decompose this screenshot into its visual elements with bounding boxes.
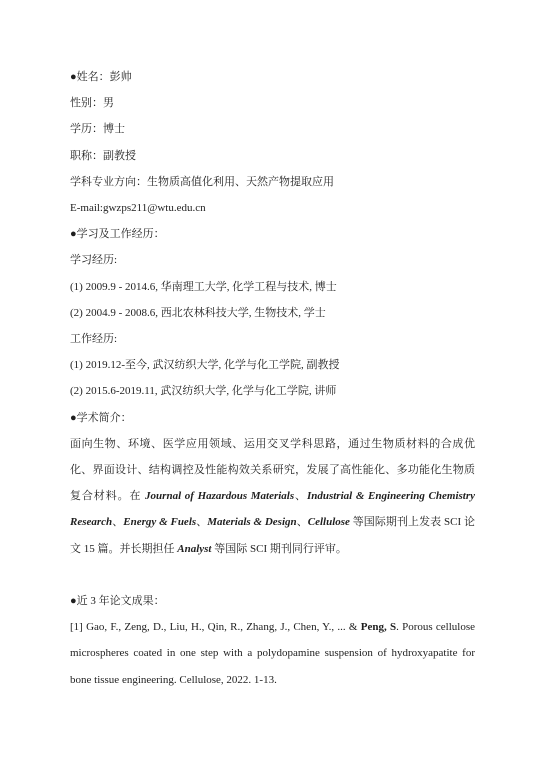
text-run: 职称：副教授 bbox=[70, 150, 136, 162]
study-subheading: 学习经历: bbox=[70, 247, 475, 273]
document-content: ●姓名：彭帅性别：男学历：博士职称：副教授学科专业方向：生物质高值化利用、天然产… bbox=[70, 64, 475, 693]
text-run: [1] Gao, F., Zeng, D., Liu, H., Qin, R.,… bbox=[70, 621, 361, 633]
journal-name-analyst: Analyst bbox=[177, 543, 211, 555]
text-run: 工作经历: bbox=[70, 333, 117, 345]
text-run: 、 bbox=[297, 516, 308, 528]
journal-name-cellulose: Cellulose bbox=[308, 516, 350, 528]
text-run: ●学习及工作经历： bbox=[70, 228, 165, 240]
text-run: 性别：男 bbox=[70, 97, 114, 109]
text-run: 学习经历: bbox=[70, 254, 117, 266]
email-line: E-mail:gwzps211@wtu.edu.cn bbox=[70, 195, 475, 221]
journal-name-materials-design: Materials & Design bbox=[207, 516, 296, 528]
study-item-2: (2) 2004.9 - 2008.6, 西北农林科技大学, 生物技术, 学士 bbox=[70, 300, 475, 326]
text-run: ●学术简介： bbox=[70, 412, 132, 424]
text-run: ●近 3 年论文成果： bbox=[70, 595, 165, 607]
study-item-1: (1) 2009.9 - 2014.6, 华南理工大学, 化学工程与技术, 博士 bbox=[70, 274, 475, 300]
work-item-1: (1) 2019.12-至今, 武汉纺织大学, 化学与化工学院, 副教授 bbox=[70, 352, 475, 378]
section-recent-papers-heading: ●近 3 年论文成果： bbox=[70, 588, 475, 614]
text-run: 学历：博士 bbox=[70, 123, 125, 135]
section-study-work-heading: ●学习及工作经历： bbox=[70, 221, 475, 247]
journal-name-energy-fuels: Energy & Fuels bbox=[123, 516, 196, 528]
text-run: ●姓名：彭帅 bbox=[70, 71, 132, 83]
text-run: 、 bbox=[112, 516, 123, 528]
text-run: 学科专业方向：生物质高值化利用、天然产物提取应用 bbox=[70, 176, 334, 188]
degree-line: 学历：博士 bbox=[70, 116, 475, 142]
research-direction-line: 学科专业方向：生物质高值化利用、天然产物提取应用 bbox=[70, 169, 475, 195]
text-run: 、 bbox=[196, 516, 207, 528]
text-run: (1) 2019.12-至今, 武汉纺织大学, 化学与化工学院, 副教授 bbox=[70, 359, 340, 371]
text-run: 等国际 SCI 期刊同行评审。 bbox=[211, 543, 346, 555]
text-run: (2) 2004.9 - 2008.6, 西北农林科技大学, 生物技术, 学士 bbox=[70, 307, 326, 319]
gender-line: 性别：男 bbox=[70, 90, 475, 116]
job-title-line: 职称：副教授 bbox=[70, 143, 475, 169]
author-peng-s: Peng, S bbox=[361, 621, 396, 633]
journal-name-journal-of-hazardous-materials: Journal of Hazardous Materials bbox=[145, 490, 294, 502]
academic-intro-paragraph: 面向生物、环境、医学应用领域、运用交叉学科思路，通过生物质材料的合成优化、界面设… bbox=[70, 431, 475, 562]
blank-spacer bbox=[70, 562, 475, 588]
text-run: (1) 2009.9 - 2014.6, 华南理工大学, 化学工程与技术, 博士 bbox=[70, 281, 337, 293]
work-subheading: 工作经历: bbox=[70, 326, 475, 352]
name-line: ●姓名：彭帅 bbox=[70, 64, 475, 90]
paper-reference-1: [1] Gao, F., Zeng, D., Liu, H., Qin, R.,… bbox=[70, 614, 475, 693]
text-run: 、 bbox=[294, 490, 307, 502]
document-page: ●姓名：彭帅性别：男学历：博士职称：副教授学科专业方向：生物质高值化利用、天然产… bbox=[0, 0, 543, 768]
text-run: (2) 2015.6-2019.11, 武汉纺织大学, 化学与化工学院, 讲师 bbox=[70, 385, 336, 397]
work-item-2: (2) 2015.6-2019.11, 武汉纺织大学, 化学与化工学院, 讲师 bbox=[70, 378, 475, 404]
section-academic-intro-heading: ●学术简介： bbox=[70, 405, 475, 431]
text-run: E-mail:gwzps211@wtu.edu.cn bbox=[70, 202, 206, 214]
